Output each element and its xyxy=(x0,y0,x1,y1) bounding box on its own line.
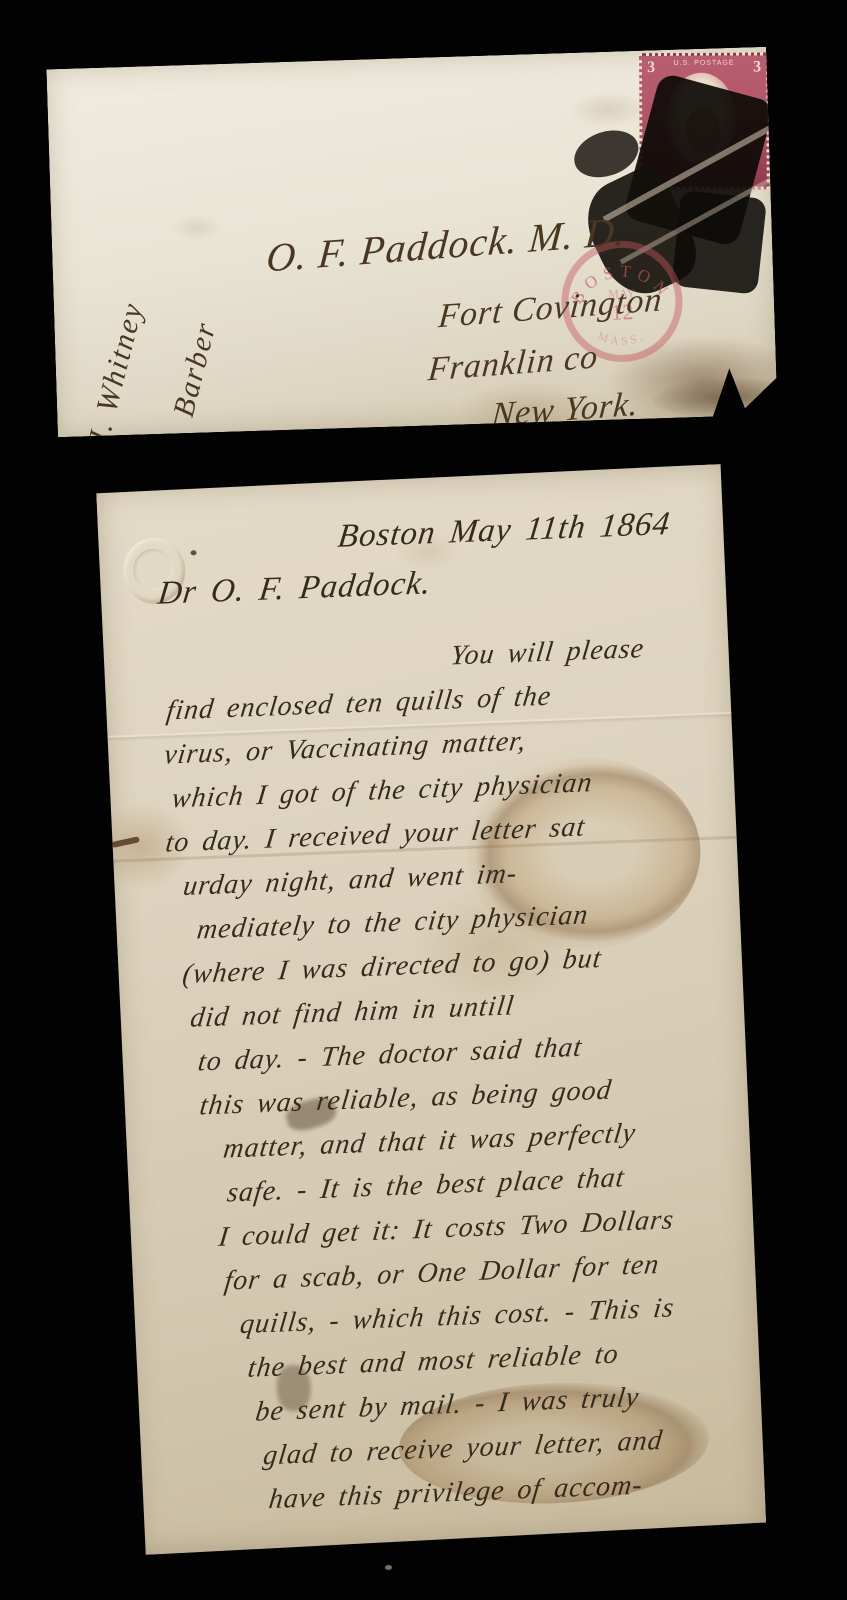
letter-line: You will please xyxy=(449,635,646,671)
sender-name-vertical: J. Whitney xyxy=(84,299,149,448)
envelope: 3 3 U.S. POSTAGE BOSTON MAY xyxy=(46,47,777,437)
paper-fleck xyxy=(385,1565,392,1570)
letter-line: have this privilege of accom- xyxy=(267,1472,644,1515)
letter-line: mediately to the city physician xyxy=(195,901,590,944)
letter-salutation: Dr O. F. Paddock. xyxy=(156,567,433,611)
ink-speck xyxy=(190,550,196,555)
sender-surname-vertical: Barber xyxy=(169,319,222,420)
letter-line: be sent by mail. - I was truly xyxy=(254,1384,641,1427)
letter-line: glad to receive your letter, and xyxy=(262,1427,665,1470)
letter-line: which I got of the city physician xyxy=(170,769,594,813)
letter-line: safe. - It is the best place that xyxy=(226,1164,627,1207)
letter-line: I could get it: It costs Two Dollars xyxy=(217,1206,675,1252)
letter-line: for a scab, or One Dollar for ten xyxy=(223,1251,661,1296)
stamp-us-postage-label: U.S. POSTAGE xyxy=(642,59,766,67)
envelope-stain-bottom-right-dark xyxy=(652,376,803,421)
svg-text:MASS.: MASS. xyxy=(595,327,647,349)
letter-page: Boston May 11th 1864 Dr O. F. Paddock. Y… xyxy=(96,464,767,1555)
address-line-state: New York. xyxy=(490,388,640,433)
envelope-foxing-left xyxy=(171,214,222,242)
photo-of-envelope-and-letter: 3 3 U.S. POSTAGE BOSTON MAY xyxy=(0,0,847,1600)
letter-line: urday night, and went im- xyxy=(182,860,519,901)
letter-line: the best and most reliable to xyxy=(246,1340,620,1382)
letter-line: find enclosed ten quills of the xyxy=(165,683,553,726)
postmark-state-text: MASS. xyxy=(595,327,647,349)
letter-line: to day. - The doctor said that xyxy=(196,1034,583,1077)
letter-line: to day. I received your letter sat xyxy=(164,813,587,857)
address-line-county: Franklin co xyxy=(427,340,600,387)
letter-line: virus, or Vaccinating matter, xyxy=(163,728,528,770)
letter-dateline: Boston May 11th 1864 xyxy=(336,508,672,554)
letter-line: quills, - which this cost. - This is xyxy=(239,1294,676,1339)
margin-ink-dash xyxy=(111,836,140,848)
letter-line: did not find him in untill xyxy=(189,992,516,1033)
letter-line: matter, and that it was perfectly xyxy=(222,1120,638,1164)
letter-line: this was reliable, as being good xyxy=(198,1077,613,1121)
letter-line: (where I was directed to go) but xyxy=(181,945,603,989)
